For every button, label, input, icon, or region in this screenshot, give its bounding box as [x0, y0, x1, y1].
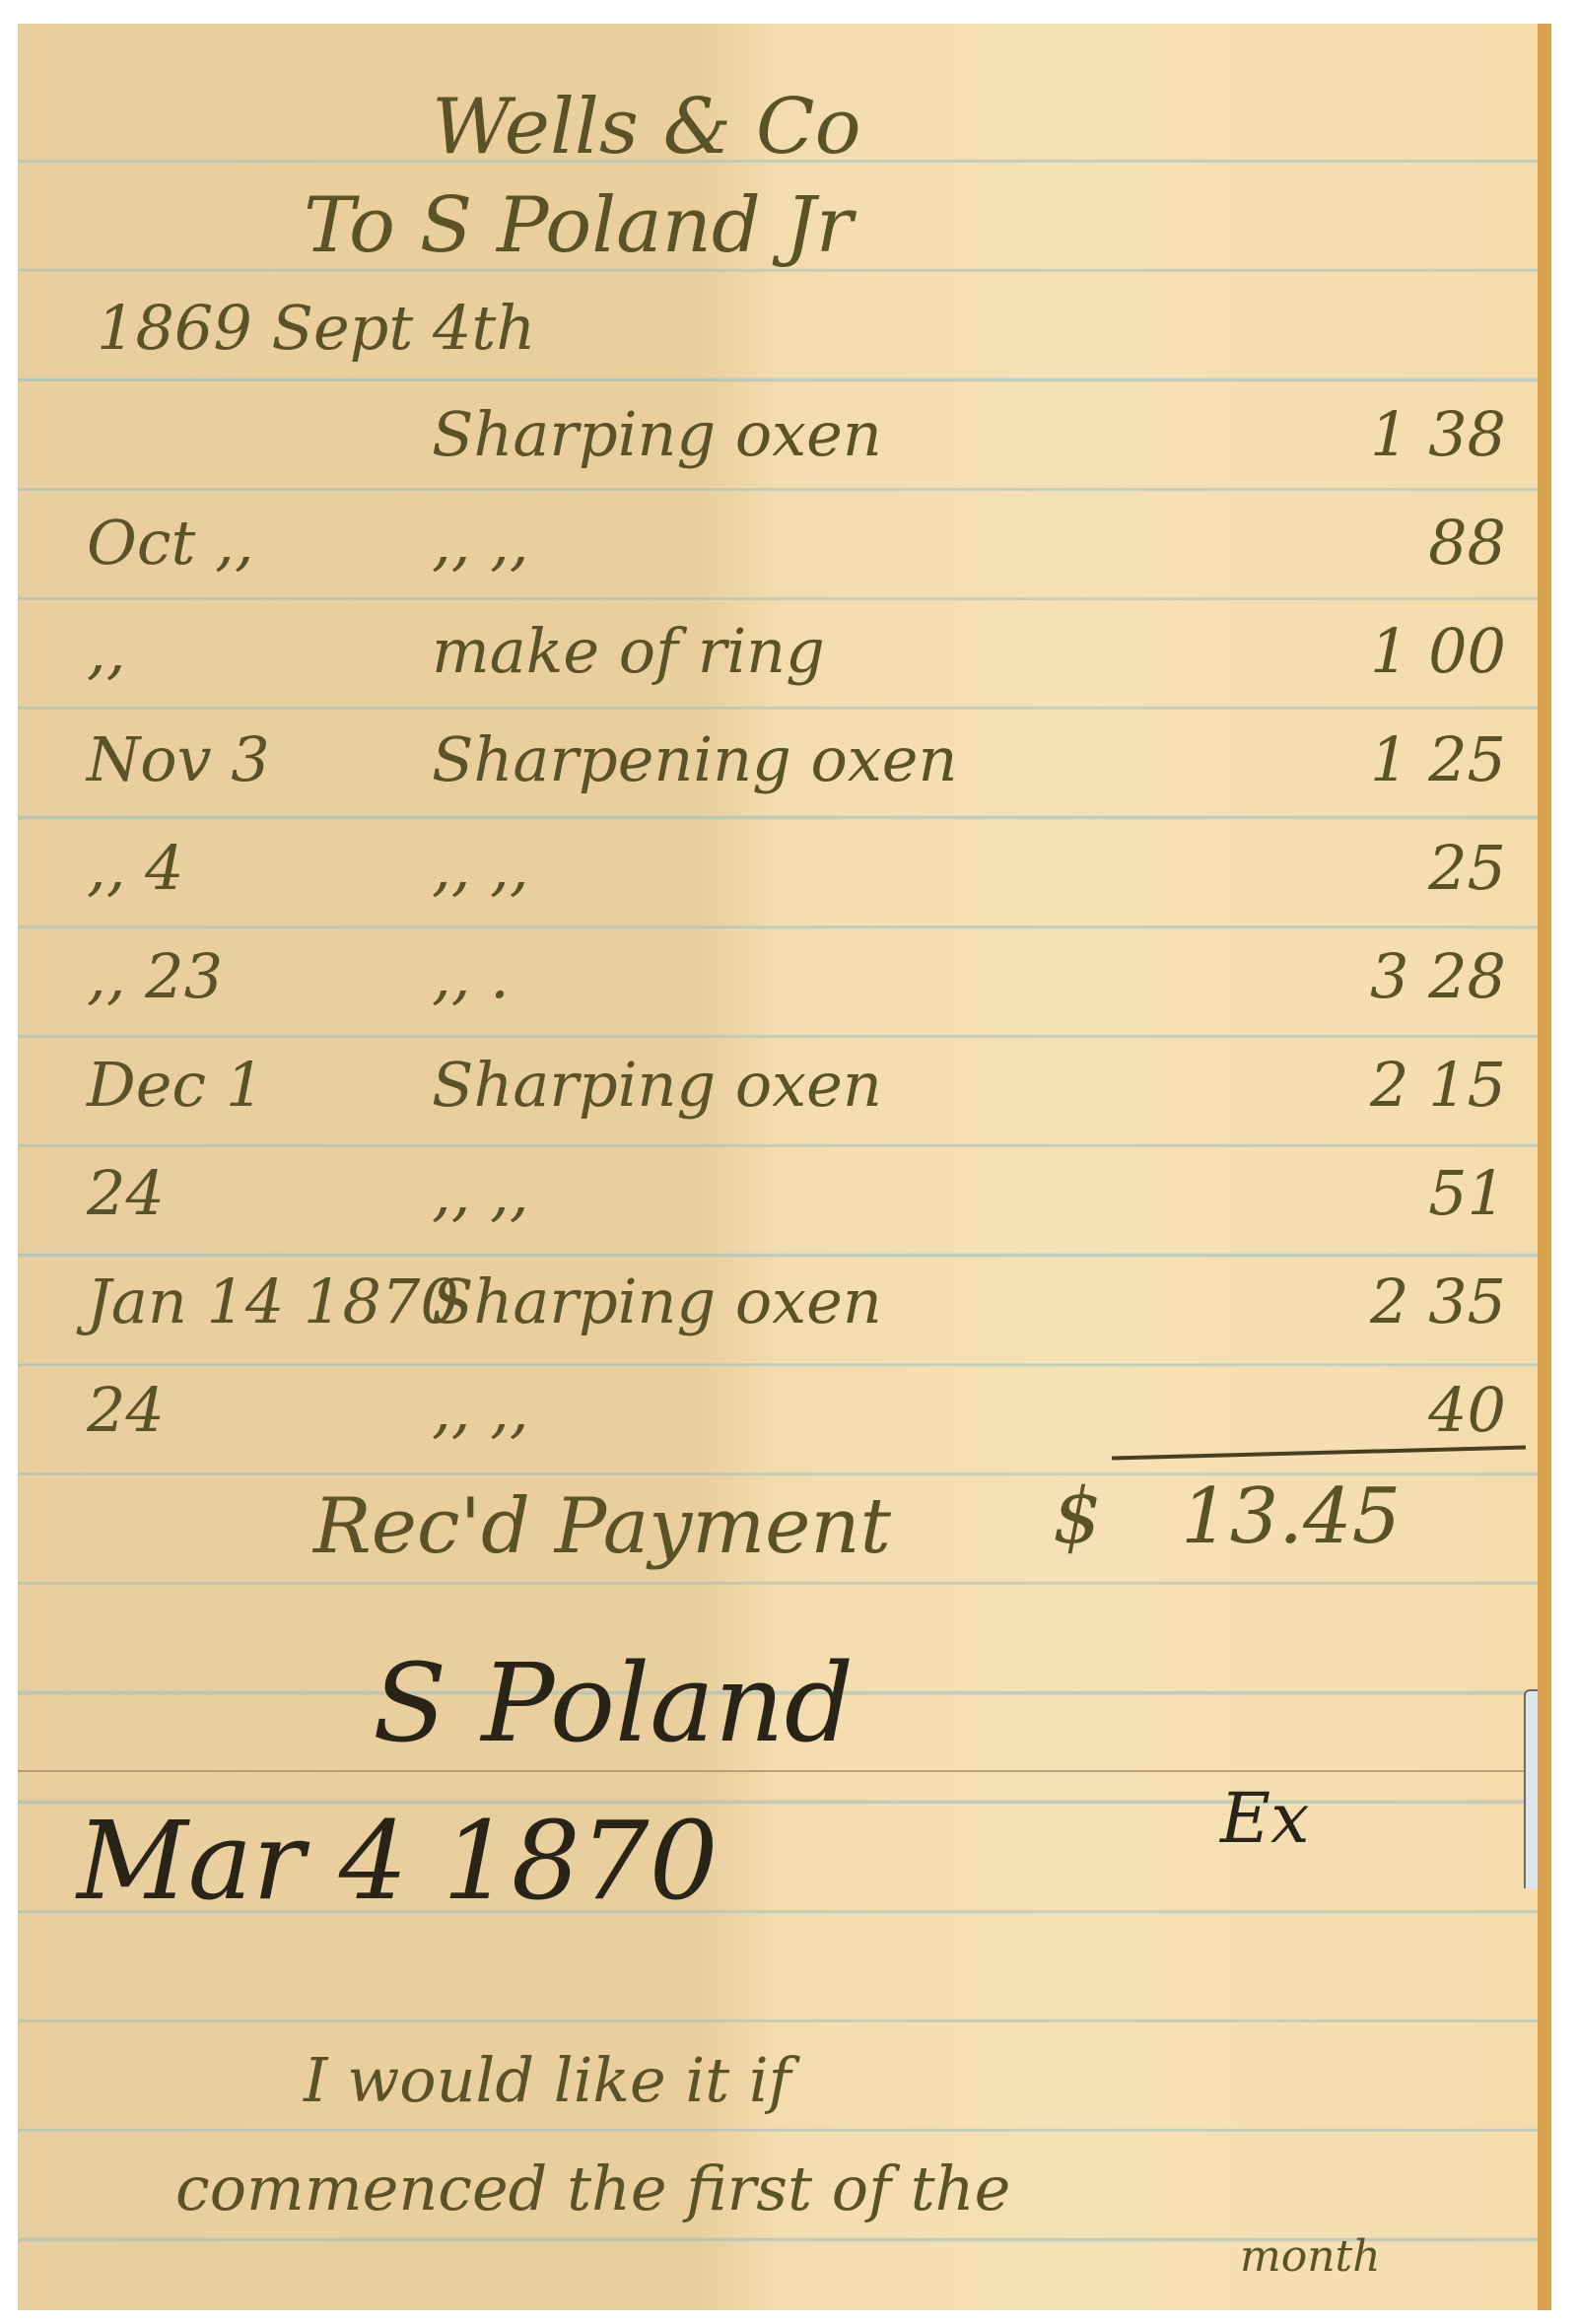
entry-date: ,,	[87, 615, 125, 687]
entry-date: Nov 3	[87, 723, 270, 795]
entry-amount: 51	[1289, 1157, 1506, 1229]
ledger-paper: Wells & Co To S Poland Jr 1869 Sept 4th …	[18, 24, 1551, 2310]
note-line-1: I would like it if	[304, 2044, 791, 2116]
entry-description: Sharping oxen	[432, 1049, 882, 1121]
entry-date: ,, 4	[87, 832, 184, 904]
entry-amount: 25	[1289, 832, 1506, 904]
header-recipient: To S Poland Jr	[304, 181, 853, 270]
header-date: 1869 Sept 4th	[97, 292, 535, 364]
entry-amount: 88	[1289, 507, 1506, 579]
entry-amount: 40	[1289, 1374, 1506, 1446]
entry-description: ,, ,,	[432, 507, 529, 579]
total-currency: $	[1053, 1472, 1102, 1561]
entry-description: ,, ,,	[432, 1374, 529, 1446]
entry-amount: 2 35	[1289, 1265, 1506, 1337]
total-label: Rec'd Payment	[313, 1482, 891, 1571]
entry-description: ,, .	[432, 940, 510, 1012]
entry-date: ,, 23	[87, 940, 223, 1012]
header-company: Wells & Co	[432, 83, 861, 171]
entry-date: Jan 14 1870	[87, 1265, 459, 1337]
entry-description: Sharpening oxen	[432, 723, 957, 795]
entry-amount: 1 38	[1289, 398, 1506, 470]
note-line-3: month	[1240, 2231, 1381, 2282]
entry-date: 24	[87, 1157, 165, 1229]
entry-date: Oct ,,	[87, 507, 254, 579]
entry-date: 24	[87, 1374, 165, 1446]
entry-amount: 1 25	[1289, 723, 1506, 795]
entry-description: make of ring	[432, 615, 825, 687]
entry-description: Sharping oxen	[432, 1265, 882, 1337]
entry-date: Dec 1	[87, 1049, 264, 1121]
signature: S Poland	[373, 1640, 854, 1766]
signed-date: Mar 4 1870	[77, 1798, 719, 1924]
entry-amount: 3 28	[1289, 940, 1506, 1012]
signed-suffix: Ex	[1220, 1778, 1310, 1859]
paper-fold-line	[18, 1770, 1538, 1772]
entry-description: Sharping oxen	[432, 398, 882, 470]
entry-amount: 2 15	[1289, 1049, 1506, 1121]
note-line-2: commenced the first of the	[175, 2153, 1010, 2224]
total-rule	[1112, 1446, 1526, 1461]
total-amount: 13.45	[1181, 1472, 1401, 1561]
entry-amount: 1 00	[1289, 615, 1506, 687]
entry-description: ,, ,,	[432, 832, 529, 904]
paper-edge-tab	[1524, 1689, 1538, 1888]
entry-description: ,, ,,	[432, 1157, 529, 1229]
